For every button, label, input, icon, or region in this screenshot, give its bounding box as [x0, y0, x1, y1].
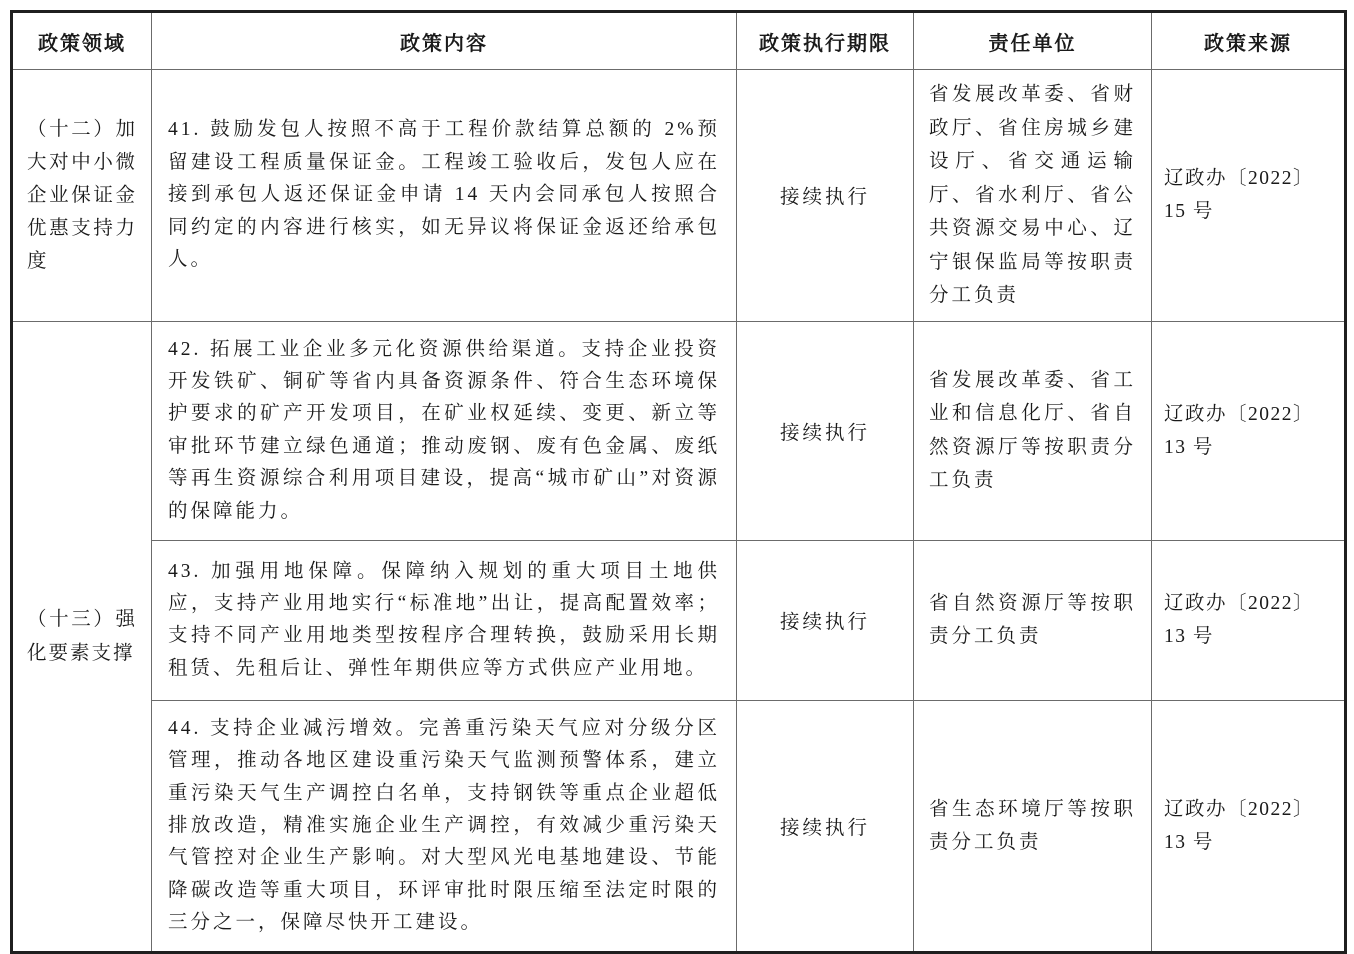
policy-content-cell-43: 43. 加强用地保障。保障纳入规划的重大项目土地供应，支持产业用地实行“标准地”…: [152, 540, 737, 700]
execution-period-cell-44: 接续执行: [737, 700, 914, 953]
table-header-row: 政策领域 政策内容 政策执行期限 责任单位 政策来源: [12, 12, 1346, 70]
header-policy-area: 政策领域: [12, 12, 152, 70]
document-page: 政策领域 政策内容 政策执行期限 责任单位 政策来源 （十二）加大对中小微企业保…: [0, 0, 1354, 942]
policy-source-cell-41: 辽政办〔2022〕15 号: [1152, 70, 1346, 322]
responsible-unit-cell-43: 省自然资源厅等按职责分工负责: [914, 540, 1152, 700]
policy-source-cell-42: 辽政办〔2022〕13 号: [1152, 321, 1346, 540]
policy-row-43: 43. 加强用地保障。保障纳入规划的重大项目土地供应，支持产业用地实行“标准地”…: [12, 540, 1346, 700]
policy-row-41: （十二）加大对中小微企业保证金优惠支持力度 41. 鼓励发包人按照不高于工程价款…: [12, 70, 1346, 322]
policy-row-44: 44. 支持企业减污增效。完善重污染天气应对分级分区管理，推动各地区建设重污染天…: [12, 700, 1346, 953]
policy-content-cell-44: 44. 支持企业减污增效。完善重污染天气应对分级分区管理，推动各地区建设重污染天…: [152, 700, 737, 953]
execution-period-cell-43: 接续执行: [737, 540, 914, 700]
header-execution-period: 政策执行期限: [737, 12, 914, 70]
policy-source-cell-44: 辽政办〔2022〕13 号: [1152, 700, 1346, 953]
responsible-unit-cell-41: 省发展改革委、省财政厅、省住房城乡建设厅、省交通运输厅、省水利厅、省公共资源交易…: [914, 70, 1152, 322]
policy-content-cell-42: 42. 拓展工业企业多元化资源供给渠道。支持企业投资开发铁矿、铜矿等省内具备资源…: [152, 321, 737, 540]
responsible-unit-cell-44: 省生态环境厅等按职责分工负责: [914, 700, 1152, 953]
policy-content-cell-41: 41. 鼓励发包人按照不高于工程价款结算总额的 2%预留建设工程质量保证金。工程…: [152, 70, 737, 322]
policy-source-cell-43: 辽政办〔2022〕13 号: [1152, 540, 1346, 700]
execution-period-cell-42: 接续执行: [737, 321, 914, 540]
header-policy-content: 政策内容: [152, 12, 737, 70]
header-policy-source: 政策来源: [1152, 12, 1346, 70]
responsible-unit-cell-42: 省发展改革委、省工业和信息化厅、省自然资源厅等按职责分工负责: [914, 321, 1152, 540]
policy-table: 政策领域 政策内容 政策执行期限 责任单位 政策来源 （十二）加大对中小微企业保…: [10, 10, 1347, 954]
execution-period-cell-41: 接续执行: [737, 70, 914, 322]
policy-row-42: （十三）强化要素支撑 42. 拓展工业企业多元化资源供给渠道。支持企业投资开发铁…: [12, 321, 1346, 540]
policy-area-cell-13: （十三）强化要素支撑: [12, 321, 152, 953]
policy-area-cell-12: （十二）加大对中小微企业保证金优惠支持力度: [12, 70, 152, 322]
header-responsible-unit: 责任单位: [914, 12, 1152, 70]
